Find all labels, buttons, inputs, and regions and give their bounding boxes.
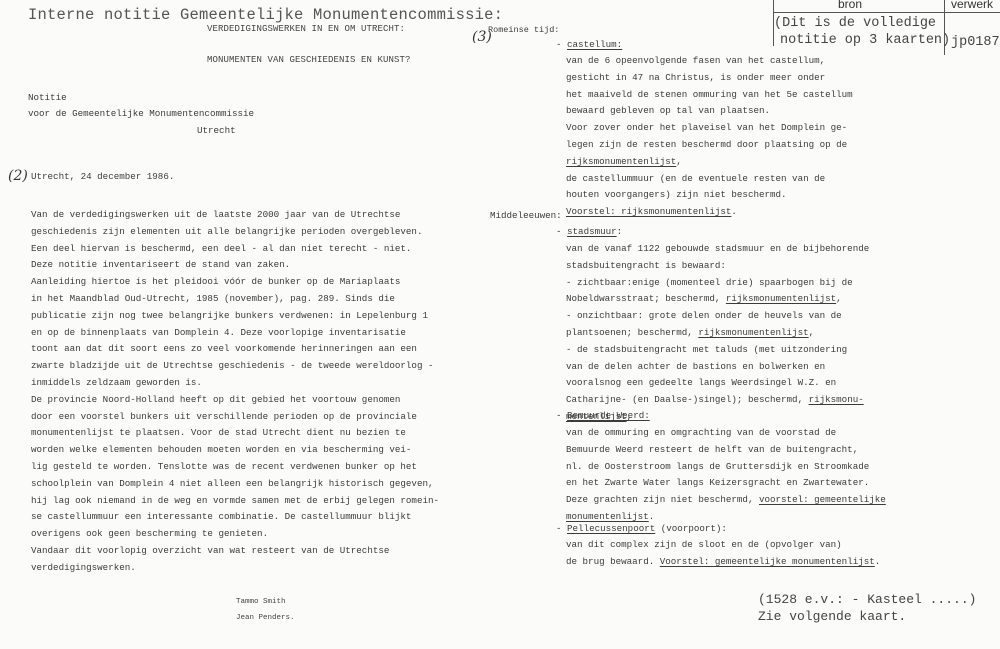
body-line: inmiddels zeldzaam geworden is. — [31, 375, 439, 392]
section-roman-period: Romeinse tijd: — [488, 22, 559, 39]
body-line: verdedigingswerken. — [31, 560, 439, 577]
document-title: Interne notitie Gemeentelijke Monumenten… — [28, 6, 503, 24]
body-line: lig gesteld te worden. Tenslotte was de … — [31, 459, 439, 476]
body-line: Vandaar dit voorlopig overzicht van wat … — [31, 543, 439, 560]
stadsmuur-heading: stadsmuur — [567, 226, 617, 237]
subtitle-monuments: MONUMENTEN VAN GESCHIEDENIS EN KUNST? — [207, 55, 411, 65]
pellecussenpoort-text: van dit complex zijn de sloot en de (opv… — [566, 537, 880, 571]
body-line: worden welke elementen behouden moeten w… — [31, 442, 439, 459]
source-note-line-2: notitie op 3 kaarten) — [780, 32, 950, 49]
castellum-text: van de 6 opeenvolgende fasen van het cas… — [566, 53, 853, 221]
notitie-label: Notitie — [28, 90, 67, 107]
bemuurde-weerd-section: - Bemuurde Weerd: — [556, 408, 650, 425]
document-date: Utrecht, 24 december 1986. — [31, 169, 174, 186]
signature-tammo-smith: Tammo Smith — [236, 594, 295, 610]
handwritten-marker-2: (2) — [8, 168, 28, 184]
bemuurde-weerd-text: van de ommuring en omgrachting van de vo… — [566, 425, 886, 526]
subtitle-defenses: VERDEDIGINGSWERKEN IN EN OM UTRECHT: — [207, 24, 405, 34]
body-line: De provincie Noord-Holland heeft op dit … — [31, 392, 439, 409]
link-rijksmonumentenlijst: rijksmonumentenlijst — [566, 156, 676, 167]
body-line: hij lag ook niemand in de weg en vormde … — [31, 493, 439, 510]
body-line: Deze notitie inventariseert de stand van… — [31, 257, 439, 274]
castellum-heading: castellum: — [567, 39, 622, 50]
body-line: door een voorstel bunkers uit verschille… — [31, 409, 439, 426]
castellum-proposal: Voorstel: rijksmonumentenlijst — [566, 206, 731, 217]
recipient: voor de Gemeentelijke Monumentencommissi… — [28, 106, 254, 123]
body-line: in het Maandblad Oud-Utrecht, 1985 (nove… — [31, 291, 439, 308]
body-line: zwarte bladzijde uit de Utrechtse geschi… — [31, 358, 439, 375]
body-line: en op de binnenplaats van Domplein 4. De… — [31, 325, 439, 342]
castellum-section: - castellum: — [556, 37, 622, 54]
source-note-line-1: (Dit is de volledige — [774, 15, 936, 32]
box-header-rule — [773, 12, 1000, 13]
body-line: Van de verdedigingswerken uit de laatste… — [31, 207, 439, 224]
body-line: publicatie zijn nog twee belangrijke bun… — [31, 308, 439, 325]
column-header-processed: verwerk — [951, 0, 993, 11]
card-code: jp0187 — [951, 34, 1000, 51]
section-middle-ages: Middeleeuwen: — [490, 208, 562, 225]
stadsmuur-text: van de vanaf 1122 gebouwde stadsmuur en … — [566, 241, 869, 426]
bemuurde-weerd-heading: Bemuurde Weerd: — [567, 410, 650, 421]
pellecussenpoort-heading: Pellecussenpoort — [567, 523, 655, 534]
signature-jean-penders: Jean Penders. — [236, 610, 295, 626]
footer-note: (1528 e.v.: - Kasteel .....) Zie volgend… — [758, 591, 976, 625]
body-line: Een deel hiervan is beschermd, een deel … — [31, 241, 439, 258]
body-line: monumentenlijst te plaatsen. Voor de sta… — [31, 425, 439, 442]
footer-note-line-1: (1528 e.v.: - Kasteel .....) — [758, 591, 976, 608]
stadsmuur-section: - stadsmuur: — [556, 224, 622, 241]
recipient-city: Utrecht — [197, 123, 236, 140]
pellecussenpoort-section: - Pellecussenpoort (voorpoort): — [556, 521, 727, 538]
body-line: schoolplein van Domplein 4 niet alleen e… — [31, 476, 439, 493]
footer-note-line-2: Zie volgende kaart. — [758, 608, 976, 625]
body-line: geschiedenis zijn elementen uit alle bel… — [31, 224, 439, 241]
column-header-source: bron — [838, 0, 862, 11]
body-line: Aanleiding hiertoe is het pleidooi vóór … — [31, 274, 439, 291]
signatures: Tammo Smith Jean Penders. — [236, 594, 295, 626]
body-line: toont aan dat dit soort eens zo veel voo… — [31, 341, 439, 358]
body-line: overigens ook geen bescherming te geniet… — [31, 526, 439, 543]
body-text: Van de verdedigingswerken uit de laatste… — [31, 207, 439, 577]
body-line: se castellummuur een interessante combin… — [31, 509, 439, 526]
